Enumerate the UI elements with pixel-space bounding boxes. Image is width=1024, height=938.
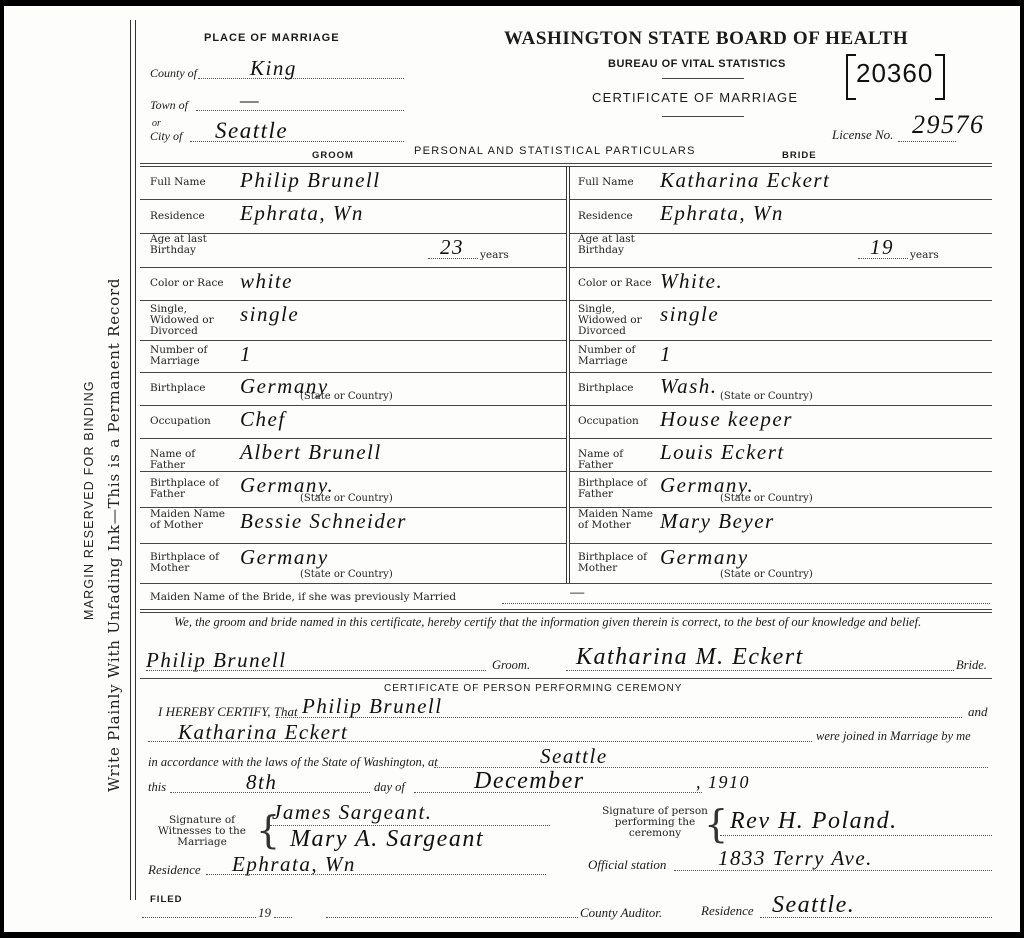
- bride-signature: Katharina M. Eckert: [576, 644, 804, 671]
- groom-row-label: Single, Widowed or Divorced: [150, 304, 230, 337]
- town-label: Town of: [150, 98, 188, 113]
- groom-state-or-country-note: (State or Country): [300, 569, 393, 580]
- officiant-brace: {: [704, 802, 728, 846]
- row-divider: [570, 372, 992, 373]
- ceremony-groom-name: Philip Brunell: [302, 694, 443, 719]
- groom-state-or-country-note: (State or Country): [300, 493, 393, 504]
- groom-row-label: Birthplace of Mother: [150, 552, 230, 574]
- groom-state-or-country-note: (State or Country): [300, 391, 393, 402]
- maiden-previous-label: Maiden Name of the Bride, if she was pre…: [150, 592, 456, 603]
- joined-label: were joined in Marriage by me: [816, 729, 971, 744]
- ceremony-place: Seattle: [540, 744, 608, 769]
- groom-row-value: Germany: [240, 545, 329, 570]
- this-label: this: [148, 780, 166, 795]
- bride-row-value: single: [660, 302, 719, 327]
- groom-row-value: Ephrata, Wn: [240, 201, 364, 226]
- town-value: —: [240, 88, 260, 113]
- groom-row-value: 1: [240, 342, 252, 367]
- bride-row-label: Name of Father: [578, 449, 658, 471]
- bride-row-value: Katharina Eckert: [660, 168, 830, 193]
- row-divider: [140, 405, 566, 406]
- bride-row-label: Age at last Birthday: [578, 234, 658, 256]
- groom-heading: GROOM: [312, 150, 354, 161]
- bride-row-label: Residence: [578, 211, 658, 222]
- city-label: City of: [150, 129, 182, 144]
- bride-row-value: Louis Eckert: [660, 440, 785, 465]
- officiant-residence-label: Residence: [701, 903, 754, 919]
- groom-years-label: years: [480, 250, 509, 261]
- license-number: 29576: [912, 110, 985, 140]
- board-title: WASHINGTON STATE BOARD OF HEALTH: [504, 28, 908, 50]
- official-station-value: 1833 Terry Ave.: [718, 846, 873, 871]
- groom-row-value: 23: [440, 235, 464, 260]
- filed-label: FILED: [150, 894, 182, 905]
- witness-1-signature: James Sargeant.: [272, 800, 433, 825]
- groom-row-label: Maiden Name of Mother: [150, 509, 230, 531]
- official-station-label: Official station: [588, 857, 666, 873]
- bride-row-label: Maiden Name of Mother: [578, 509, 658, 531]
- groom-row-label: Age at last Birthday: [150, 234, 230, 256]
- groom-row-label: Occupation: [150, 416, 230, 427]
- row-divider: [570, 471, 992, 472]
- groom-row-label: Birthplace: [150, 383, 230, 394]
- bride-row-label: Full Name: [578, 177, 658, 188]
- bride-row-label: Single, Widowed or Divorced: [578, 304, 658, 337]
- row-divider: [140, 340, 566, 341]
- groom-row-value: single: [240, 302, 299, 327]
- bride-row-label: Number of Marriage: [578, 345, 658, 367]
- row-divider: [140, 438, 566, 439]
- bride-heading: BRIDE: [782, 150, 817, 161]
- and-label: and: [968, 704, 988, 720]
- county-auditor-label: County Auditor.: [580, 905, 662, 921]
- bride-state-or-country-note: (State or Country): [720, 569, 813, 580]
- row-divider: [570, 300, 992, 301]
- officiant-label: Signature of person performing the cerem…: [602, 806, 708, 839]
- witness-2-signature: Mary A. Sargeant: [290, 826, 484, 853]
- bride-row-value: 19: [870, 235, 894, 260]
- county-value: King: [250, 56, 297, 81]
- bride-row-label: Birthplace of Father: [578, 478, 658, 500]
- ink-note: Write Plainly With Unfading Ink—This is …: [105, 278, 123, 792]
- declaration-text: We, the groom and bride named in this ce…: [148, 615, 994, 629]
- bride-state-or-country-note: (State or Country): [720, 493, 813, 504]
- groom-row-label: Birthplace of Father: [150, 478, 230, 500]
- certificate-title: CERTIFICATE OF MARRIAGE: [592, 90, 798, 105]
- record-stamp-number: 20360: [856, 58, 933, 89]
- license-label: License No.: [832, 127, 893, 143]
- officiant-residence-value: Seattle.: [772, 892, 855, 919]
- bride-row-value: Ephrata, Wn: [660, 201, 784, 226]
- groom-row-value: Chef: [240, 407, 286, 432]
- row-divider: [140, 300, 566, 301]
- bride-row-value: House keeper: [660, 407, 793, 432]
- bride-state-or-country-note: (State or Country): [720, 391, 813, 402]
- bride-row-label: Occupation: [578, 416, 658, 427]
- ceremony-month: December: [474, 768, 585, 795]
- row-divider: [570, 199, 992, 200]
- ceremony-heading: CERTIFICATE OF PERSON PERFORMING CEREMON…: [384, 683, 682, 694]
- particulars-heading: PERSONAL AND STATISTICAL PARTICULARS: [414, 145, 696, 157]
- bureau-title: BUREAU OF VITAL STATISTICS: [608, 58, 786, 70]
- binding-margin-note: MARGIN RESERVED FOR BINDING: [82, 380, 96, 620]
- bride-years-label: years: [910, 250, 939, 261]
- groom-row-label: Color or Race: [150, 278, 230, 289]
- place-heading: PLACE OF MARRIAGE: [204, 32, 340, 44]
- bride-row-value: Mary Beyer: [660, 509, 775, 534]
- groom-row-value: Albert Brunell: [240, 440, 382, 465]
- groom-row-value: white: [240, 269, 293, 294]
- row-divider: [140, 199, 566, 200]
- groom-row-label: Number of Marriage: [150, 345, 230, 367]
- groom-signature-label: Groom.: [492, 658, 530, 673]
- row-divider: [140, 543, 566, 544]
- ceremony-bride-name: Katharina Eckert: [178, 720, 348, 745]
- row-divider: [570, 340, 992, 341]
- row-divider: [570, 405, 992, 406]
- row-divider: [570, 543, 992, 544]
- row-divider: [570, 267, 992, 268]
- bride-row-value: Germany: [660, 545, 749, 570]
- groom-row-label: Name of Father: [150, 449, 230, 471]
- groom-row-value: Philip Brunell: [240, 168, 381, 193]
- city-value: Seattle: [215, 118, 288, 144]
- ceremony-day: 8th: [246, 770, 277, 795]
- day-of-label: day of: [374, 780, 405, 795]
- row-divider: [140, 372, 566, 373]
- city-or-label: or: [152, 118, 161, 129]
- row-divider: [140, 471, 566, 472]
- bride-row-label: Birthplace: [578, 383, 658, 394]
- bride-row-value: Wash.: [660, 374, 718, 399]
- bride-signature-label: Bride.: [956, 658, 987, 673]
- witness-residence-value: Ephrata, Wn: [232, 852, 356, 877]
- witnesses-label: Signature of Witnesses to the Marriage: [150, 815, 254, 848]
- groom-row-label: Residence: [150, 211, 230, 222]
- maiden-previous-value: —: [570, 584, 586, 602]
- witness-residence-label: Residence: [148, 862, 201, 878]
- county-label: County of: [150, 66, 197, 81]
- groom-row-value: Bessie Schneider: [240, 509, 407, 534]
- filed-year-prefix: 19: [258, 905, 271, 921]
- ceremony-year: , 1910: [696, 772, 750, 793]
- bride-row-label: Color or Race: [578, 278, 658, 289]
- bride-row-value: White.: [660, 269, 723, 294]
- laws-label: in accordance with the laws of the State…: [148, 755, 438, 770]
- groom-row-label: Full Name: [150, 177, 230, 188]
- row-divider: [140, 267, 566, 268]
- row-divider: [570, 438, 992, 439]
- bride-row-value: 1: [660, 342, 672, 367]
- binding-margin-rule: [130, 20, 136, 900]
- officiant-signature: Rev H. Poland.: [730, 808, 898, 835]
- bride-row-label: Birthplace of Mother: [578, 552, 658, 574]
